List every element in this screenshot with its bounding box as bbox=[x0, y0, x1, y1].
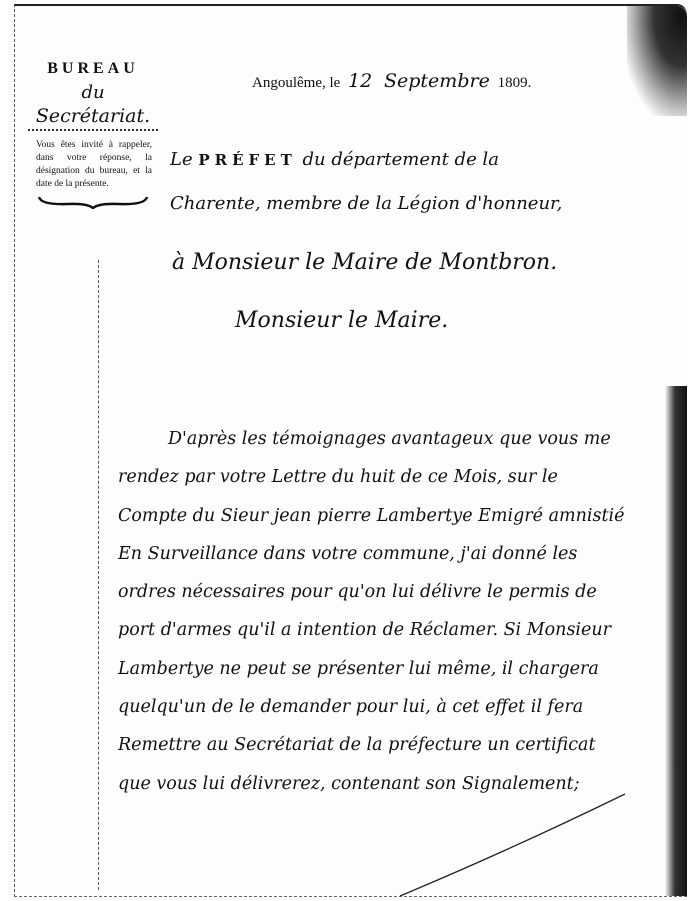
body-line: En Surveillance dans votre commune, j'ai… bbox=[118, 535, 648, 573]
sender-title: PRÉFET bbox=[198, 151, 296, 169]
dateline-place: Angoulême, le bbox=[252, 75, 340, 91]
recipient-line: à Monsieur le Maire de Montbron. bbox=[172, 250, 557, 275]
sender-line2: Charente, membre de la Légion d'honneur, bbox=[170, 182, 640, 225]
letterhead-bureau-box: BUREAU du Secrétariat. Vous êtes invité … bbox=[28, 60, 158, 209]
dateline-month: Septembre bbox=[384, 70, 490, 92]
body-line: ordres nécessaires pour qu'on lui délivr… bbox=[118, 573, 648, 611]
bureau-label: BUREAU bbox=[28, 60, 158, 78]
body-line: Lambertye ne peut se présenter lui même,… bbox=[118, 650, 648, 688]
bureau-name: Secrétariat. bbox=[28, 105, 158, 131]
dateline: Angoulême, le 12 Septembre 1809. bbox=[252, 70, 531, 92]
pen-flourish-stroke-icon bbox=[390, 790, 630, 900]
sender-prefix: Le bbox=[170, 149, 193, 170]
sender-line1-rest: du département de la bbox=[303, 149, 499, 170]
body-line: Remettre au Secrétariat de la préfecture… bbox=[118, 726, 648, 764]
dateline-day: 12 bbox=[348, 70, 372, 92]
bureau-du: du bbox=[28, 82, 158, 103]
dateline-year: 1809. bbox=[498, 75, 532, 91]
body-line: D'après les témoignages avantageux que v… bbox=[118, 420, 648, 458]
margin-fold-line bbox=[98, 260, 99, 890]
scan-shadow-right-edge bbox=[665, 386, 687, 896]
body-line: port d'armes qu'il a intention de Réclam… bbox=[118, 611, 648, 649]
sender-block: Le PRÉFET du département de la Charente,… bbox=[170, 138, 640, 225]
salutation: Monsieur le Maire. bbox=[235, 308, 448, 333]
body-line: rendez par votre Lettre du huit de ce Mo… bbox=[118, 458, 648, 496]
letter-body: D'après les témoignages avantageux que v… bbox=[118, 420, 648, 803]
curly-brace-ornament-icon bbox=[37, 195, 149, 209]
body-line: quelqu'un de le demander pour lui, à cet… bbox=[118, 688, 648, 726]
scan-shadow-top-right bbox=[627, 6, 687, 116]
bureau-instruction-note: Vous êtes invité à rappeler, dans votre … bbox=[36, 139, 152, 191]
body-line: Compte du Sieur jean pierre Lambertye Em… bbox=[118, 497, 648, 535]
